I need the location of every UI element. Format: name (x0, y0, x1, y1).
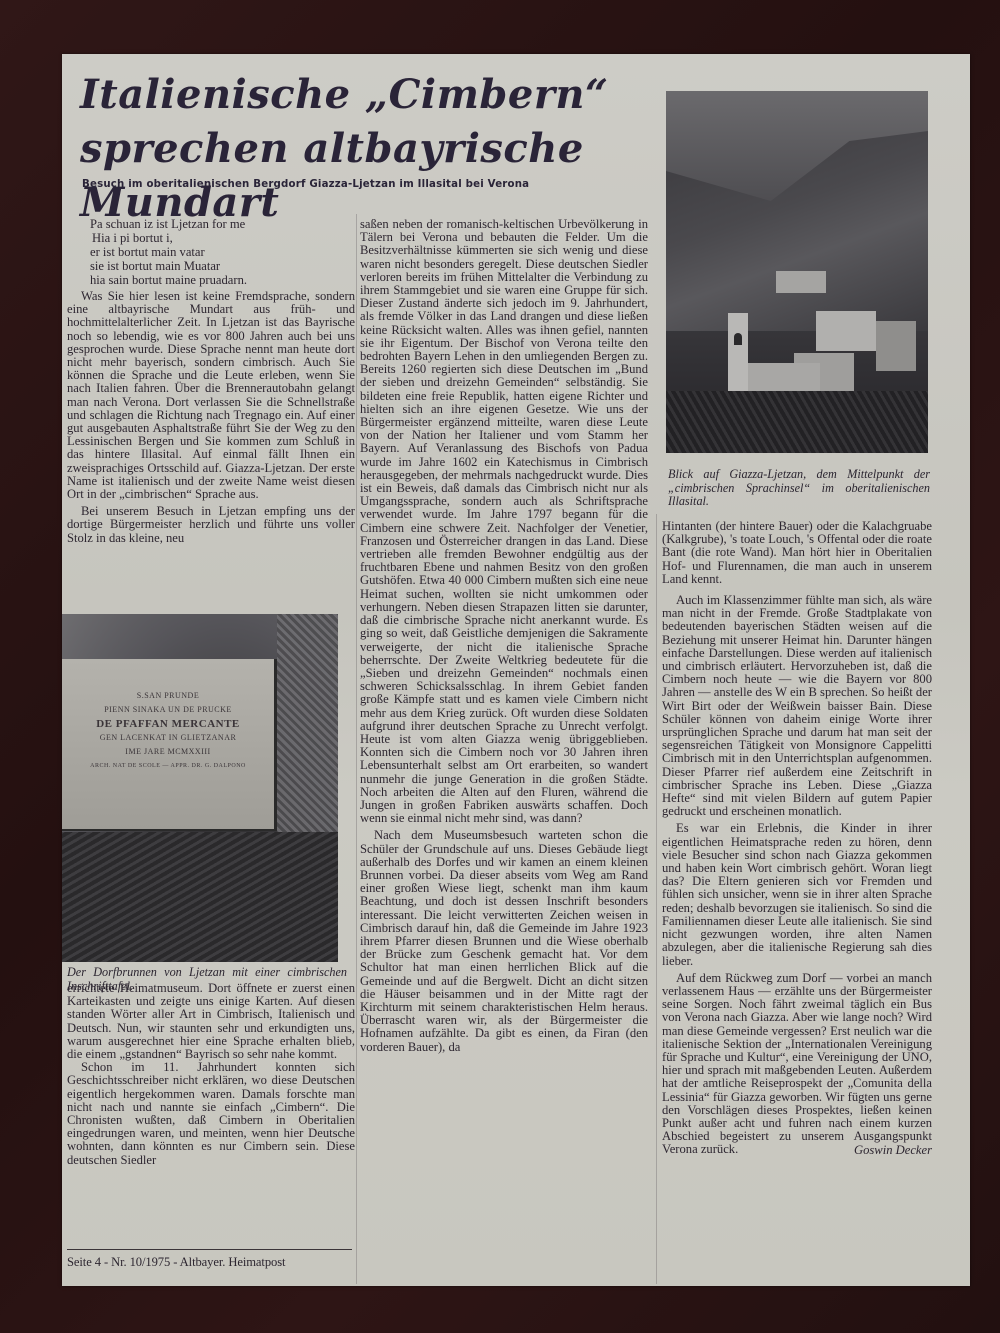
village-caption: Blick auf Giazza-Ljetzan, dem Mittelpunk… (668, 468, 930, 509)
column-1-continued: errichtete Heimatmuseum. Dort öffnete er… (67, 982, 355, 1167)
paragraph: Auf dem Rückweg zum Dorf — vorbei an man… (662, 972, 932, 1157)
headline: Italienische „Cimbern“ sprechen altbayri… (80, 68, 640, 230)
paragraph: Nach dem Museumsbesuch warteten schon di… (360, 829, 648, 1053)
poem-line: Hia i pi bortut i, (90, 231, 350, 245)
paragraph: Was Sie hier lesen ist keine Fremdsprach… (67, 290, 355, 501)
headline-line-1: Italienische „Cimbern“ (80, 68, 640, 122)
newspaper-clipping: Italienische „Cimbern“ sprechen altbayri… (62, 54, 970, 1286)
plaque-text: IME JARE MCMXXIII (62, 745, 274, 759)
poem-line: er ist bortut main vatar (90, 245, 350, 259)
village-photo (666, 91, 928, 453)
plaque-text: ARCH. NAT DE SCOLE — APPR. DR. G. DALPON… (62, 759, 274, 773)
mountain (666, 131, 928, 331)
paragraph: errichtete Heimatmuseum. Dort öffnete er… (67, 982, 355, 1061)
column-2: saßen neben der romanisch-keltischen Urb… (360, 218, 648, 1054)
paragraph: Bei unserem Besuch in Ljetzan empfing un… (67, 505, 355, 545)
column-divider (356, 214, 357, 1284)
inscription-plaque: S.SAN PRUNDE PIENN SINAKA UN DE PRUCKE D… (62, 659, 277, 831)
paragraph: Hintanten (der hintere Bauer) oder die K… (662, 520, 932, 586)
paragraph: Es war ein Erlebnis, die Kinder in ihrer… (662, 822, 932, 967)
column-divider (656, 514, 657, 1284)
page-footer: Seite 4 - Nr. 10/1975 - Altbayer. Heimat… (67, 1255, 357, 1270)
poem-line: hia sain bortut maine pruadarn. (90, 273, 350, 287)
headline-line-2: sprechen altbayrische Mundart (80, 122, 640, 230)
poem-line: Pa schuan iz ist Ljetzan for me (90, 217, 350, 231)
poem-line: sie ist bortut main Muatar (90, 259, 350, 273)
subheadline: Besuch im oberitalienischen Bergdorf Gia… (82, 179, 642, 190)
plaque-text: S.SAN PRUNDE (62, 689, 274, 703)
plaque-text: PIENN SINAKA UN DE PRUCKE (62, 703, 274, 717)
plaque-text: GEN LACENKAT IN GLIETZANAR (62, 731, 274, 745)
cimbrian-poem: Pa schuan iz ist Ljetzan for me Hia i pi… (90, 217, 350, 287)
column-3: Hintanten (der hintere Bauer) oder die K… (662, 520, 932, 1157)
trees (666, 391, 928, 453)
plaque-text: DE PFAFFAN MERCANTE (62, 717, 274, 731)
paragraph: saßen neben der romanisch-keltischen Urb… (360, 218, 648, 825)
footer-rule (67, 1249, 352, 1250)
column-1: Was Sie hier lesen ist keine Fremdsprach… (67, 290, 355, 545)
ground (62, 832, 338, 962)
paragraph: Schon im 11. Jahrhundert konnten sich Ge… (67, 1061, 355, 1167)
house (876, 321, 916, 371)
house (776, 271, 826, 293)
tower-window (734, 333, 742, 345)
house (816, 311, 876, 351)
church-tower (728, 313, 748, 403)
fountain-photo: S.SAN PRUNDE PIENN SINAKA UN DE PRUCKE D… (62, 614, 338, 962)
paragraph: Auch im Klassenzimmer fühlte man sich, a… (662, 594, 932, 818)
